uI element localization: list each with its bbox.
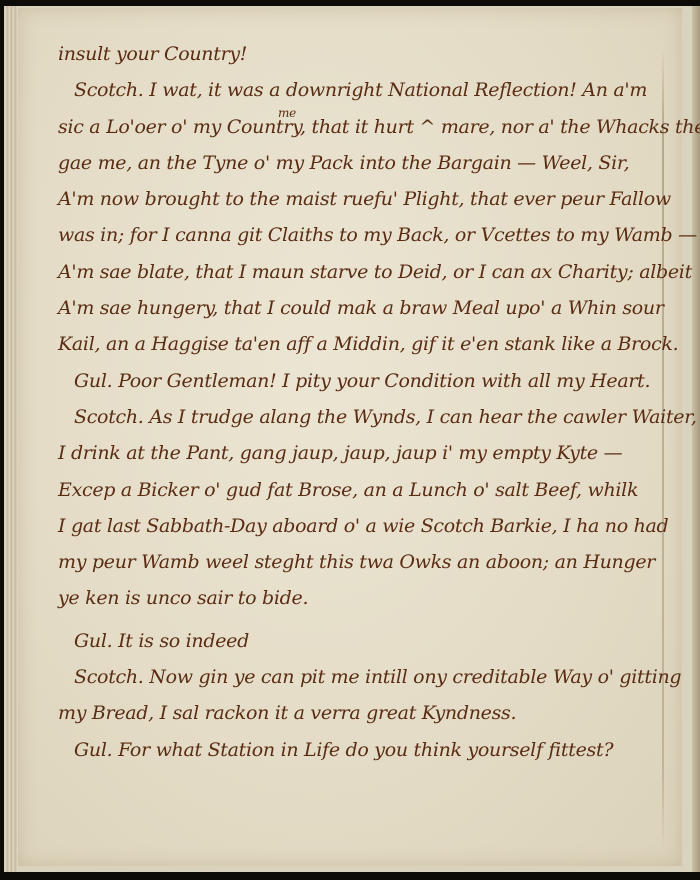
text-line-13: Excep a Bicker o' gud fat Brose, an a Lu… — [58, 472, 678, 508]
speaker-label: Gul. — [74, 630, 112, 652]
speaker-label: Gul. — [74, 739, 112, 761]
speaker-label: Scotch. — [74, 666, 144, 688]
text-line-7: A'm sae blate, that I maun starve to Dei… — [58, 254, 678, 290]
text-line-12: I drink at the Pant, gang jaup, jaup, ja… — [58, 435, 678, 471]
text-line-1: insult your Country! — [58, 36, 678, 72]
text-line-14: I gat last Sabbath-Day aboard o' a wie S… — [58, 508, 678, 544]
text-line-2: Scotch. I wat, it was a downright Nation… — [58, 72, 678, 108]
text-line-9: Kail, an a Haggise ta'en aff a Middin, g… — [58, 326, 678, 362]
text-line-3: mesic a Lo'oer o' my Country, that it hu… — [58, 109, 678, 145]
manuscript-photo: insult your Country! Scotch. I wat, it w… — [0, 0, 700, 880]
text-line-4: gae me, an the Tyne o' my Pack into the … — [58, 145, 678, 181]
text-line-8: A'm sae hungery, that I could mak a braw… — [58, 290, 678, 326]
text-line-19: my Bread, I sal rackon it a verra great … — [58, 695, 678, 731]
text-line-18: Scotch. Now gin ye can pit me intill ony… — [58, 659, 678, 695]
speaker-label: Gul. — [74, 370, 112, 392]
text-line-20: Gul. For what Station in Life do you thi… — [58, 732, 678, 768]
text-line-16: ye ken is unco sair to bide. — [58, 580, 678, 616]
speaker-label: Scotch. — [74, 406, 144, 428]
text-line-11: Scotch. As I trudge alang the Wynds, I c… — [58, 399, 678, 435]
text-line-17: Gul. It is so indeed — [58, 623, 678, 659]
manuscript-text: insult your Country! Scotch. I wat, it w… — [58, 36, 678, 768]
text-line-10: Gul. Poor Gentleman! I pity your Conditi… — [58, 363, 678, 399]
interlinear-insertion: me — [278, 95, 296, 131]
speaker-label: Scotch. — [74, 79, 144, 101]
text-line-15: my peur Wamb weel steght this twa Owks a… — [58, 544, 678, 580]
text-line-5: A'm now brought to the maist ruefu' Plig… — [58, 181, 678, 217]
text-line-6: was in; for I canna git Claiths to my Ba… — [58, 217, 678, 253]
